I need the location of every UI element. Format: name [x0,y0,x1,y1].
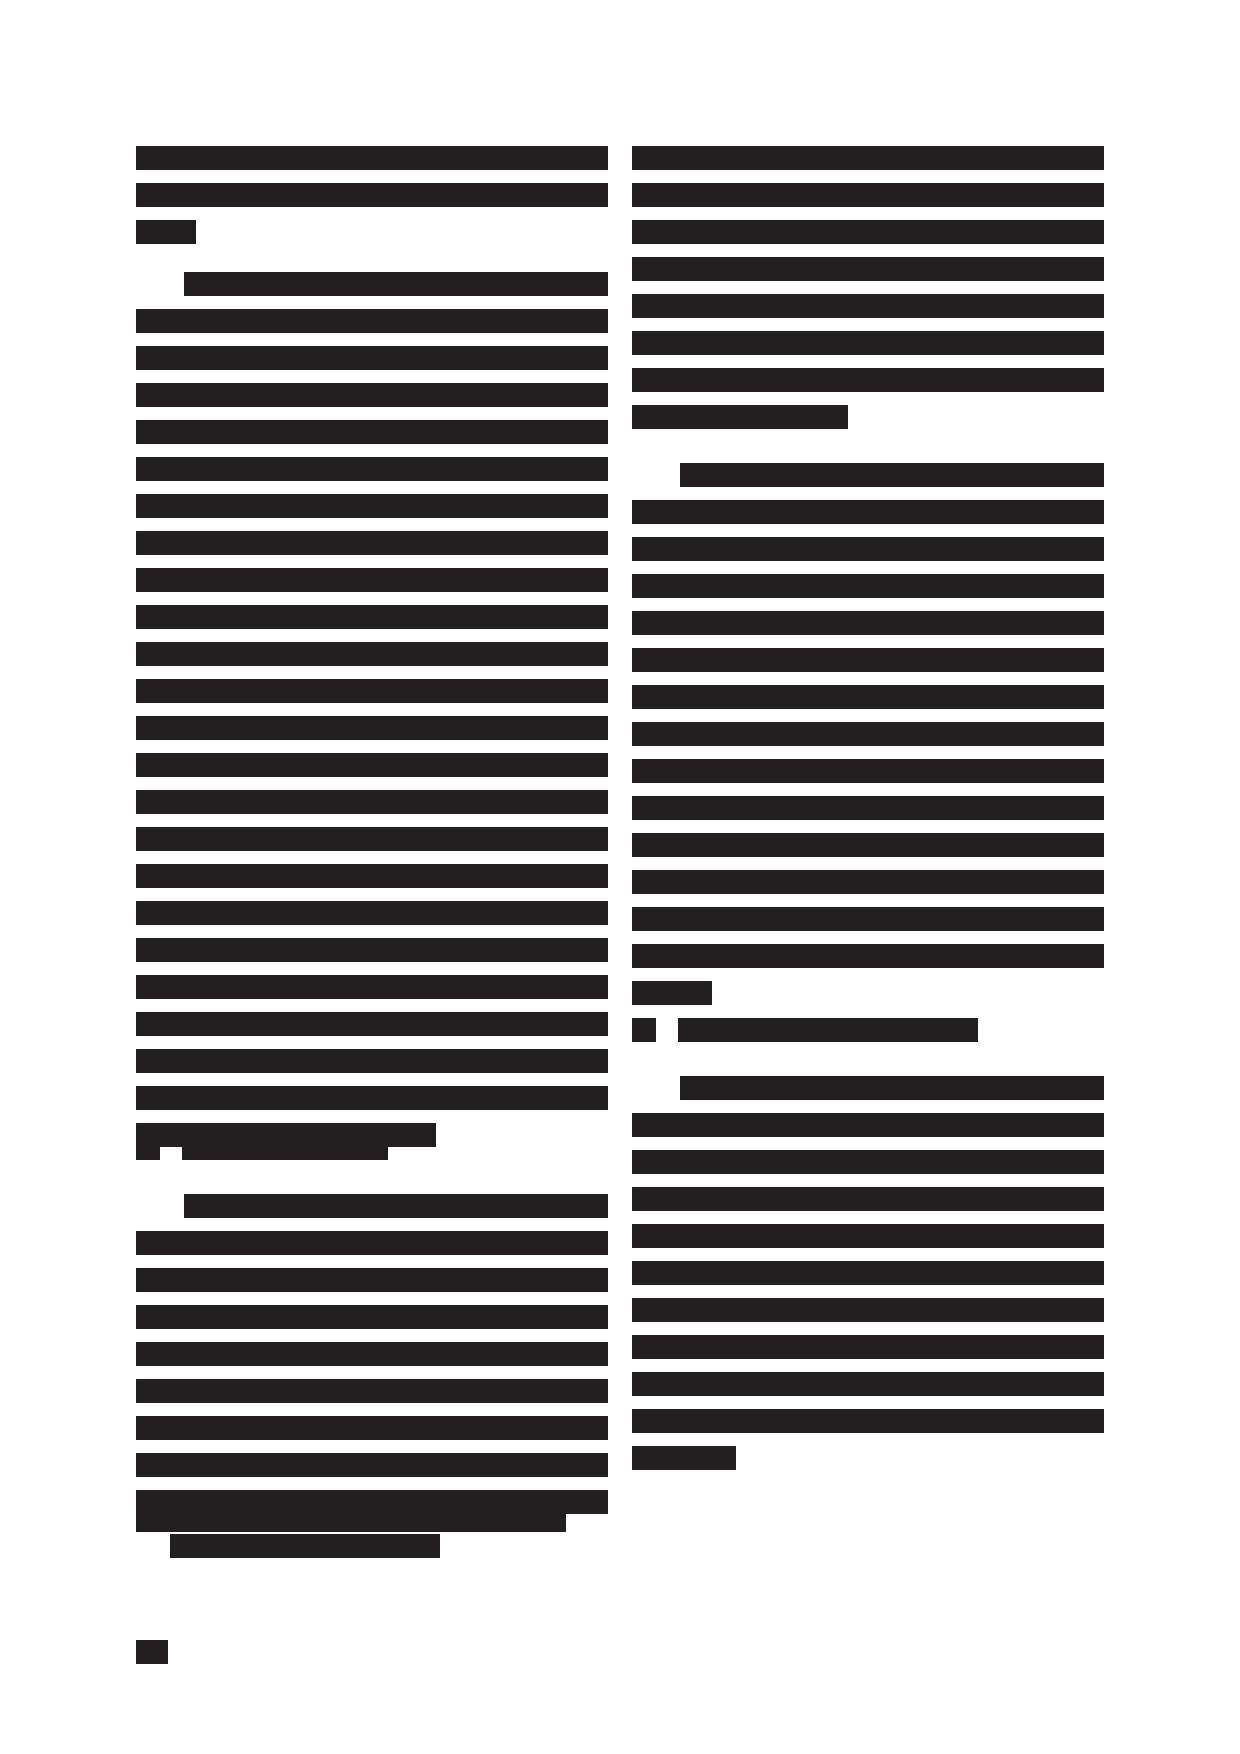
text-line [136,938,608,962]
text-line [680,1076,1104,1100]
text-line [632,870,1104,894]
text-line [632,500,1104,524]
text-line [632,257,1104,281]
text-line [632,368,1104,392]
text-line [136,1305,608,1329]
text-line [632,981,712,1005]
text-line [136,531,608,555]
text-line [136,1268,608,1292]
text-line [136,346,608,370]
text-line [632,537,1104,561]
text-line [632,220,1104,244]
text-line [632,1261,1104,1285]
text-line [136,420,608,444]
text-line [632,685,1104,709]
text-line [632,648,1104,672]
text-line [136,605,608,629]
text-line [136,220,196,244]
section-number [632,1018,656,1042]
text-line [680,463,1104,487]
text-line [136,1231,608,1255]
text-line [136,679,608,703]
redaction-note: All body text on this page is redacted/p… [0,0,33,1]
text-line [632,1409,1104,1433]
text-line [136,494,608,518]
section-heading [678,1018,978,1042]
text-line [136,383,608,407]
text-line [136,864,608,888]
text-line [136,716,608,740]
text-line [632,574,1104,598]
text-line [632,722,1104,746]
text-line [632,1446,736,1470]
text-line [632,944,1104,968]
text-line [632,796,1104,820]
text-line [632,1224,1104,1248]
text-line [136,827,608,851]
section-heading [182,1136,388,1160]
text-line [184,1194,608,1218]
text-line [632,833,1104,857]
text-line [136,568,608,592]
text-line [632,1298,1104,1322]
text-line [632,331,1104,355]
text-line [136,1086,608,1110]
text-line [136,975,608,999]
text-line [632,146,1104,170]
text-line [136,1416,608,1440]
text-line [632,759,1104,783]
text-line [136,790,608,814]
text-line [632,611,1104,635]
text-line [136,1012,608,1036]
text-line [632,405,848,429]
text-line [136,1049,608,1073]
text-line [136,1342,608,1366]
text-line [136,183,608,207]
section-number [136,1136,160,1160]
text-line [136,753,608,777]
text-line [632,1372,1104,1396]
page-number [136,1640,168,1664]
text-line [136,642,608,666]
text-line [632,1113,1104,1137]
text-line [632,183,1104,207]
text-line [136,1379,608,1403]
text-line [632,1187,1104,1211]
text-line [632,294,1104,318]
footnote-line [136,1508,566,1532]
text-line [136,1453,608,1477]
text-line [136,901,608,925]
text-line [632,907,1104,931]
text-line [632,1150,1104,1174]
footnote-line [170,1534,440,1558]
text-line [632,1335,1104,1359]
text-line [184,272,608,296]
text-line [136,309,608,333]
text-line [136,146,608,170]
text-line [136,457,608,481]
